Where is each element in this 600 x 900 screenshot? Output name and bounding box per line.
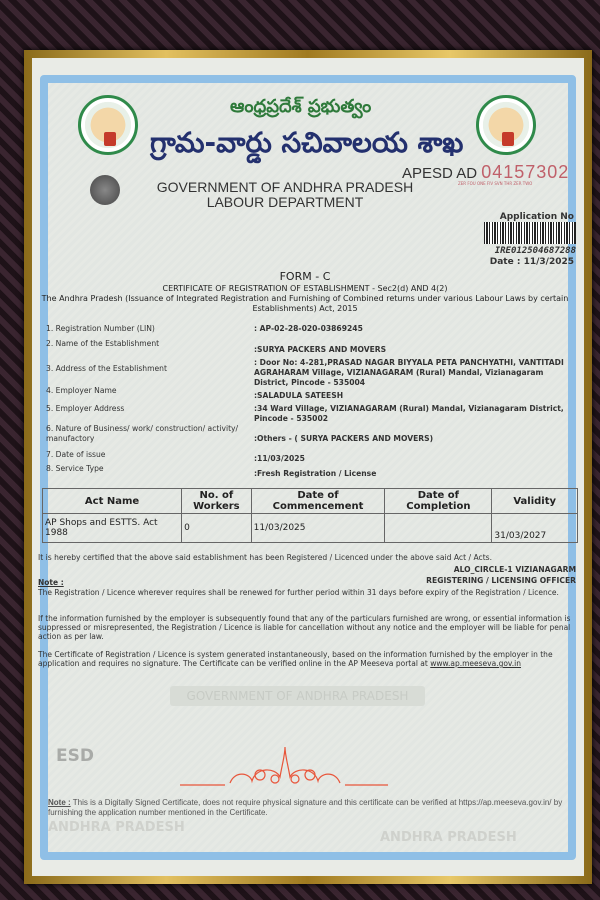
apesd-words: ZER FOU ONE FIV SVN THR ZER TWO xyxy=(458,181,532,186)
col-commencement: Date of Commencement xyxy=(251,489,385,514)
note-misrepresentation: If the information furnished by the empl… xyxy=(38,614,578,641)
application-no-label: Application No xyxy=(500,212,574,222)
col-completion: Date of Completion xyxy=(385,489,492,514)
acts-table: Act Name No. of Workers Date of Commence… xyxy=(42,488,578,543)
esd-mark: ESD xyxy=(56,746,94,766)
barcode-icon xyxy=(484,222,576,244)
telugu-government-title: ఆంధ్రప్రదేశ్ ప్రభుత్వం xyxy=(230,96,371,121)
note-renewal: The Registration / Licence wherever requ… xyxy=(38,588,578,597)
certification-statement: It is hereby certified that the above sa… xyxy=(38,553,578,562)
form-subtitle: CERTIFICATE OF REGISTRATION OF ESTABLISH… xyxy=(40,284,570,293)
col-validity: Validity xyxy=(492,489,578,514)
telugu-department-title: గ్రామ-వార్డు సచివాలయ శాఖ xyxy=(150,126,463,166)
note-heading: Note : xyxy=(38,578,578,587)
application-number: IRE012504687288 xyxy=(495,246,576,256)
ap-emblem-right-icon xyxy=(476,95,536,155)
application-date: Date : 11/3/2025 xyxy=(490,257,574,267)
note-system-generated: The Certificate of Registration / Licenc… xyxy=(38,650,578,668)
ornament-icon xyxy=(180,745,390,795)
col-workers: No. of Workers xyxy=(182,489,252,514)
form-act: The Andhra Pradesh (Issuance of Integrat… xyxy=(40,294,570,314)
table-row: AP Shops and ESTTS. Act 1988 0 11/03/202… xyxy=(43,514,578,543)
form-title: FORM - C xyxy=(40,270,570,283)
meeseva-link[interactable]: www.ap.meeseva.gov.in xyxy=(430,659,521,668)
ap-emblem-left-icon xyxy=(78,95,138,155)
apesd-number: 04157302 xyxy=(481,162,569,182)
digital-signature-note: Note : This is a Digitally Signed Certif… xyxy=(48,798,568,818)
col-act-name: Act Name xyxy=(43,489,182,514)
embossed-government: GOVERNMENT OF ANDHRA PRADESH xyxy=(170,686,425,706)
watermark-left: ANDHRA PRADESH xyxy=(48,820,185,835)
government-heading: GOVERNMENT OF ANDHRA PRADESH LABOUR DEPA… xyxy=(120,180,450,210)
hologram-icon xyxy=(90,175,120,205)
watermark-right: ANDHRA PRADESH xyxy=(380,830,517,845)
